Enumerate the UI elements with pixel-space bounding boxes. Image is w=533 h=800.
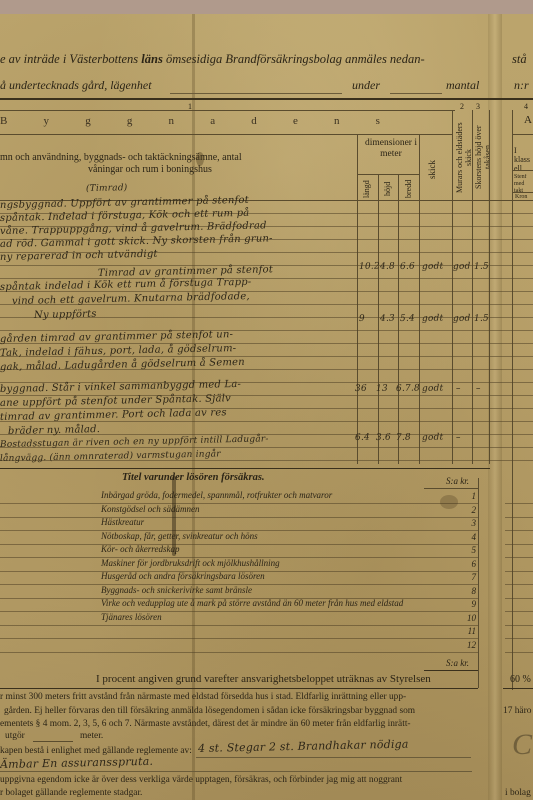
title-letter: B xyxy=(0,115,7,127)
width-header: bredd xyxy=(404,178,413,200)
ink-stain xyxy=(440,495,458,509)
divider xyxy=(0,688,478,689)
lagenhet-blank xyxy=(170,93,342,94)
entry-4a-width: 6.7.8 xyxy=(396,384,420,394)
title-letter: a xyxy=(210,115,215,127)
byggnadens-title: B y g g n a d e n s xyxy=(0,114,380,128)
footer-meter-label: meter. xyxy=(80,731,103,741)
title-letter: g xyxy=(85,115,91,127)
property-item-label: Inbärgad gröda, fodermedel, spannmål, ro… xyxy=(101,490,332,500)
sum-footer: S:a kr. xyxy=(446,658,469,668)
footer-distance-label: utgör xyxy=(5,731,25,741)
property-item-label: Byggnads- och snickerivirke samt bränsle xyxy=(101,585,252,595)
property-item-number: 1 xyxy=(462,491,476,501)
property-item-row: Tjänares lösören10 xyxy=(0,612,533,625)
entry-4b-width: 7.8 xyxy=(396,433,411,443)
ink-stain xyxy=(172,476,176,556)
divider xyxy=(424,670,478,671)
dimensions-header: dimensioner i meter xyxy=(362,138,420,160)
entry-2-chimney-condition: god xyxy=(453,314,471,324)
ruled-line xyxy=(0,330,533,331)
property-item-row: 11 xyxy=(0,625,533,638)
property-item-row: Maskiner för jordbruksdrift ock mjölkhus… xyxy=(0,558,533,571)
footer-line: r minst 300 meters fritt avstånd från nä… xyxy=(0,692,406,702)
ruled-line xyxy=(0,408,533,409)
header-text-cont: ömsesidiga Brandförsäkringsbolag anmäles… xyxy=(163,52,425,66)
entry-1-length: 10.2 xyxy=(359,262,380,272)
col-number-3: 3 xyxy=(476,102,480,111)
property-item-number: 2 xyxy=(462,505,476,515)
property-item-row: Hästkreatur3 xyxy=(0,517,533,530)
divider xyxy=(0,134,452,135)
property-item-label: Virke och vedupplag ute å mark på större… xyxy=(101,598,403,608)
title-letter: n xyxy=(169,115,175,127)
property-item-number: 10 xyxy=(462,613,476,623)
entry-4a-length: 36 xyxy=(355,384,367,394)
entry-2-chimney-height: 1.5 xyxy=(474,314,489,324)
chimney-condition-header: Murars och eldstäders skick xyxy=(455,115,473,200)
nr-label: n:r xyxy=(514,78,529,93)
col-divider xyxy=(357,134,358,464)
property-item-amount-field[interactable] xyxy=(424,598,462,611)
footer-line: gården. Ej heller förvaras den till förs… xyxy=(4,706,415,716)
header-line-2: å undertecknads gård, lägenhet xyxy=(0,78,152,93)
property-item-row: Byggnads- och snickerivirke samt bränsle… xyxy=(0,585,533,598)
under-blank xyxy=(390,93,442,94)
entry-2-width: 5.4 xyxy=(400,314,415,324)
header-line-1-right: stå xyxy=(512,52,527,67)
property-item-amount-field[interactable] xyxy=(424,639,462,652)
blank-line xyxy=(196,757,471,758)
entry-1-note: (Timrad) xyxy=(86,183,128,194)
property-item-row: 12 xyxy=(0,639,533,652)
property-item-label: Hästkreatur xyxy=(101,517,144,527)
title-letter: y xyxy=(44,115,50,127)
property-item-number: 11 xyxy=(462,626,476,636)
footer-line: ementets § 4 mom. 2, 3, 5, 6 och 7. Närm… xyxy=(0,719,411,729)
sum-header: S:a kr. xyxy=(446,476,469,486)
entry-1-condition: godt xyxy=(422,262,444,272)
chimney-height-header: Skorstens höjd över takåsen xyxy=(474,115,490,200)
entry-1-chimney-condition: god xyxy=(453,262,471,272)
building-table-bottom xyxy=(0,468,490,469)
signature-fragment: C xyxy=(512,728,532,762)
divider xyxy=(512,134,533,135)
ruled-line xyxy=(0,278,533,279)
divider xyxy=(503,688,533,689)
footer-line: r bolaget gällande reglemente stadgar. xyxy=(0,788,142,798)
title-letter: s xyxy=(376,115,380,127)
property-item-label: Konstgödsel och sädämnen xyxy=(101,504,200,514)
percent-basis-text: I procent angiven grund varefter ansvari… xyxy=(96,673,431,685)
property-item-amount-field[interactable] xyxy=(424,612,462,625)
table-top-border xyxy=(0,98,533,100)
property-item-number: 6 xyxy=(462,559,476,569)
col-divider xyxy=(419,134,420,464)
col-divider xyxy=(472,110,473,464)
fold-crease-right xyxy=(488,14,502,800)
distance-blank[interactable] xyxy=(33,741,73,742)
entry-1-width: 6.6 xyxy=(400,262,415,272)
property-item-amount-field[interactable] xyxy=(424,571,462,584)
property-item-amount-field[interactable] xyxy=(424,531,462,544)
entry-1-height: 4.8 xyxy=(380,262,395,272)
property-item-amount-field[interactable] xyxy=(424,585,462,598)
property-item-number: 9 xyxy=(462,599,476,609)
property-item-row: Nötboskap, får, getter, svinkreatur och … xyxy=(0,531,533,544)
title-letter: d xyxy=(251,115,257,127)
property-item-label: Maskiner för jordbruksdrift ock mjölkhus… xyxy=(101,558,280,568)
property-item-number: 3 xyxy=(462,518,476,528)
entry-4a-chimney-height: – xyxy=(476,384,481,394)
col-number-4: 4 xyxy=(524,102,528,111)
entry-4b-height: 3.6 xyxy=(376,433,391,443)
divider xyxy=(512,170,533,171)
header-text: e av inträde i Västerbottens xyxy=(0,52,141,66)
property-item-amount-field[interactable] xyxy=(424,625,462,638)
property-item-number: 4 xyxy=(462,532,476,542)
entry-2-length: 9 xyxy=(359,314,365,324)
blank-line xyxy=(0,771,472,772)
property-item-amount-field[interactable] xyxy=(424,517,462,530)
property-item-row: Virke och vedupplag ute å mark på större… xyxy=(0,598,533,611)
col-number-2: 2 xyxy=(460,102,464,111)
property-item-amount-field[interactable] xyxy=(424,544,462,557)
title-letter: g xyxy=(127,115,133,127)
under-label: under xyxy=(352,78,380,93)
entry-4a-condition: godt xyxy=(422,384,444,394)
property-item-label: Kör- och åkerredskap xyxy=(101,544,179,554)
divider xyxy=(357,174,419,175)
entry-1-chimney-height: 1.5 xyxy=(474,262,489,272)
property-item-label: Husgeråd och andra försäkringsbara lösör… xyxy=(101,571,265,581)
header-bold-text: läns xyxy=(141,52,163,66)
property-item-row: Husgeråd och andra försäkringsbara lösör… xyxy=(0,571,533,584)
entry-4b-length: 6.4 xyxy=(355,433,370,443)
footer-right-text: i bolag xyxy=(505,788,531,798)
property-item-amount-field[interactable] xyxy=(424,558,462,571)
property-item-number: 12 xyxy=(462,640,476,650)
property-item-number: 8 xyxy=(462,586,476,596)
property-item-label: Nötboskap, får, getter, svinkreatur och … xyxy=(101,531,258,541)
divider xyxy=(0,110,455,111)
row-line xyxy=(505,652,533,653)
col-divider xyxy=(489,110,490,464)
description-header-2: våningar och rum i boningshus xyxy=(88,164,212,175)
divider xyxy=(424,488,478,489)
footer-line: uppgivna egendom icke är över dess verkl… xyxy=(0,775,402,785)
entry-4a-height: 13 xyxy=(376,384,388,394)
property-item-label: Tjänares lösören xyxy=(101,612,162,622)
entry-4b-chimney-condition: – xyxy=(456,433,461,443)
title-letter: e xyxy=(293,115,298,127)
divider xyxy=(512,192,533,193)
footer-right-text: 17 häro xyxy=(503,706,531,716)
entry-2-condition: godt xyxy=(422,314,444,324)
entry-2-line: Ny uppförts xyxy=(34,309,97,321)
property-item-number: 5 xyxy=(462,545,476,555)
property-item-number: 7 xyxy=(462,572,476,582)
title-letter: n xyxy=(334,115,340,127)
entry-4-line: bräder ny. målad. xyxy=(8,424,100,437)
right-col-a: A xyxy=(524,114,532,126)
mantal-label: mantal xyxy=(446,78,479,93)
header-line-1: e av inträde i Västerbottens läns ömsesi… xyxy=(0,52,425,67)
property-item-row: Kör- och åkerredskap5 xyxy=(0,544,533,557)
height-header: höjd xyxy=(383,178,392,200)
ink-stain xyxy=(196,152,204,166)
property-table-title: Titel varunder lösören försäkras. xyxy=(122,472,265,483)
condition-header: skick xyxy=(428,150,437,190)
footer-equipment-label: kapen bestå i enlighet med gällande regl… xyxy=(0,746,192,756)
entry-2-height: 4.3 xyxy=(380,314,395,324)
entry-4a-chimney-condition: – xyxy=(456,384,461,394)
description-header: mn och användning, byggnads- och taktäck… xyxy=(0,152,300,163)
right-col-class: I klass ell xyxy=(514,146,533,173)
entry-4b-condition: godt xyxy=(422,433,444,443)
row-line xyxy=(0,652,478,653)
length-header: längd xyxy=(362,178,371,200)
percent-value: 60 % xyxy=(510,674,531,685)
col-divider xyxy=(452,110,453,464)
